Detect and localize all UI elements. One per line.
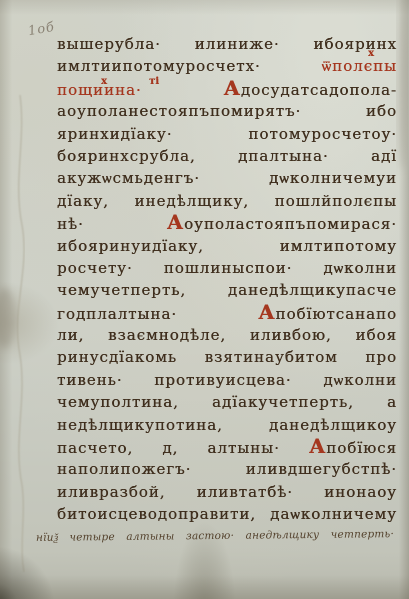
- text-segment: чемуполтина, адїакучетперть, а: [57, 393, 397, 411]
- text-segment: имлтиипотомуросчетх·: [57, 57, 322, 75]
- manuscript-line: ибояринуидїаку, имлтипотому: [57, 235, 397, 257]
- text-segment: росчету· пошлиныспои· дѡколни: [57, 259, 397, 277]
- manuscript-line: аоуполанестояпъпомирятъ· ибо: [57, 100, 397, 122]
- text-segment: оуполастояпъпомирася·: [184, 215, 397, 233]
- text-segment: досудатсадопола-: [241, 81, 397, 99]
- rubric-initial: А: [309, 434, 326, 458]
- text-segment: яринхидїаку· потомуросчетоу·: [57, 125, 397, 143]
- manuscript-line: иливразбой, иливтатбѣ· инонаоу: [57, 481, 397, 503]
- manuscript-line: пощиина· Адосудатсадопола-: [57, 78, 397, 100]
- scribal-correction-mark: х: [101, 76, 107, 87]
- text-segment: иливразбой, иливтатбѣ· инонаоу: [57, 483, 397, 501]
- right-edge-shade: [397, 0, 407, 170]
- rubric-initial: А: [224, 76, 241, 100]
- manuscript-line: чемучетперть, данедѣлщикупасче: [57, 279, 397, 301]
- tide-line: [18, 95, 24, 572]
- text-segment: аоуполанестояпъпомирятъ· ибо: [57, 102, 397, 120]
- marginal-note: нїиѯ четыре алтыны застою· анедѣлщику че…: [36, 528, 394, 544]
- manuscript-text-block: вышерубла· илиниже· ибояринхимлтиипотому…: [57, 33, 397, 526]
- text-segment: ли, взаємнодѣле, иливбою, ибоя: [57, 326, 397, 344]
- scribal-correction-mark: ті: [149, 76, 159, 87]
- manuscript-line: битоисцеводоправити, даѡколничему: [57, 503, 397, 525]
- manuscript-line: дїаку, инедѣлщику, пошлйполєпы: [57, 190, 397, 212]
- text-segment: бояринхсрубла, дпалтына· адї: [57, 147, 397, 165]
- text-segment: недѣлщикупотина, данедѣлщикоу: [57, 416, 397, 434]
- edge-blotch: [0, 288, 16, 348]
- rubric-initial: А: [258, 300, 275, 324]
- manuscript-line: акужѡсмьденгъ· дѡколничемуи: [57, 167, 397, 189]
- text-segment: акужѡсмьденгъ· дѡколничемуи: [57, 169, 397, 187]
- text-segment: тивень· противуисцева· дѡколни: [57, 371, 397, 389]
- rubric-text: пощиина·: [57, 81, 224, 99]
- folio-number: 1об: [27, 20, 56, 39]
- manuscript-line: яринхидїаку· потомуросчетоу·: [57, 123, 397, 145]
- text-segment: годплалтына·: [57, 305, 258, 323]
- manuscript-line: пасчето, д, алтыны· Апобїюся: [57, 436, 397, 458]
- rubric-text: ѿполєпы: [322, 57, 397, 75]
- text-segment: ибояринуидїаку, имлтипотому: [57, 237, 397, 255]
- manuscript-line: нѣ· Аоуполастояпъпомирася·: [57, 212, 397, 234]
- manuscript-line: имлтиипотомуросчетх· ѿполєпы: [57, 55, 397, 77]
- manuscript-line: недѣлщикупотина, данедѣлщикоу: [57, 414, 397, 436]
- text-segment: побїютсанапо: [275, 305, 397, 323]
- manuscript-line: ли, взаємнодѣле, иливбою, ибоя: [57, 324, 397, 346]
- text-segment: нѣ·: [57, 215, 167, 233]
- rubric-initial: А: [167, 210, 184, 234]
- text-segment: вышерубла· илиниже· ибояринх: [57, 35, 397, 53]
- scribal-correction-mark: х: [368, 48, 374, 59]
- manuscript-line: тивень· противуисцева· дѡколни: [57, 369, 397, 391]
- manuscript-page: 1об вышерубла· илиниже· ибояринхимлтиипо…: [0, 0, 409, 599]
- manuscript-line: чемуполтина, адїакучетперть, а: [57, 391, 397, 413]
- text-segment: наполипожегъ· иливдшегубстпѣ·: [57, 460, 397, 478]
- text-segment: дїаку, инедѣлщику, пошлйполєпы: [57, 192, 397, 210]
- text-segment: битоисцеводоправити, даѡколничему: [57, 505, 397, 523]
- manuscript-line: ринусдїакомь взятинаубитом про: [57, 346, 397, 368]
- manuscript-line: наполипожегъ· иливдшегубстпѣ·: [57, 458, 397, 480]
- text-segment: побїюся: [326, 439, 397, 457]
- text-segment: пасчето, д, алтыны·: [57, 439, 309, 457]
- text-segment: ринусдїакомь взятинаубитом про: [57, 348, 397, 366]
- manuscript-line: росчету· пошлиныспои· дѡколни: [57, 257, 397, 279]
- manuscript-line: бояринхсрубла, дпалтына· адї: [57, 145, 397, 167]
- manuscript-line: вышерубла· илиниже· ибояринх: [57, 33, 397, 55]
- manuscript-line: годплалтына· Апобїютсанапо: [57, 302, 397, 324]
- text-segment: чемучетперть, данедѣлщикупасче: [57, 281, 397, 299]
